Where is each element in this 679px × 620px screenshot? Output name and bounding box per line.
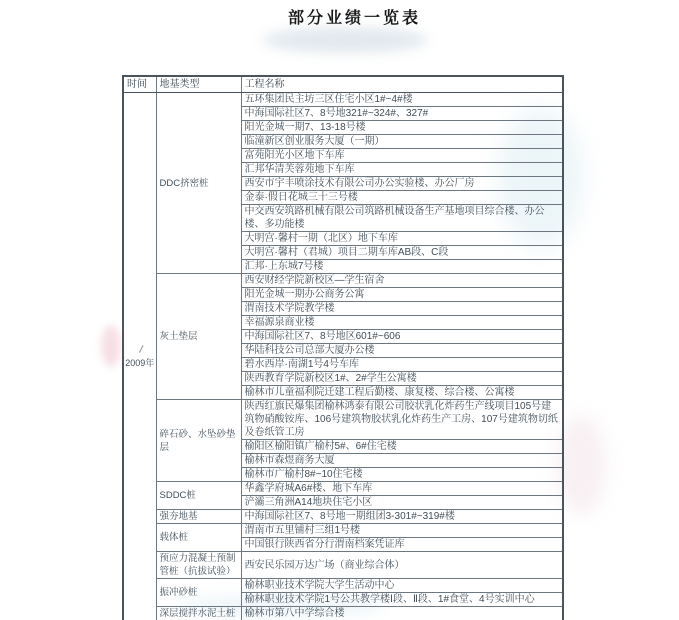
project-name-cell: 幸福源泉商业楼 — [241, 316, 563, 330]
project-name-cell: 陕西红旗民爆集团榆林鸿泰有限公司胶状乳化炸药生产线项目105号建筑物硝酸铵库、1… — [241, 400, 563, 440]
performance-table: 时间 地基类型 工程名称 2009年DDC挤密桩五环集团民主坊三区住宅小区1#~… — [122, 75, 564, 620]
project-name-cell: 华陆科技公司总部大厦办公楼 — [241, 344, 563, 358]
page-title: 部分业绩一览表 — [15, 5, 679, 28]
project-name-cell: 中海国际社区7、8号地区601#~606 — [241, 330, 563, 344]
project-name-cell: 中海国际社区7、8号地321#~324#、327# — [241, 107, 563, 121]
project-name-cell: 中海国际社区7、8号地一期组团3-301#~319#楼 — [241, 510, 563, 524]
project-name-cell: 中国银行陕西省分行渭南档案凭证库 — [241, 538, 563, 552]
project-name-cell: 金泰·假日花城三十三号楼 — [241, 191, 563, 205]
time-cell: 2009年 — [123, 93, 156, 620]
project-name-cell: 渭南技术学院教学楼 — [241, 302, 563, 316]
project-name-cell: 临潼新区创业服务大厦（一期） — [241, 135, 563, 149]
foundation-type-cell: SDDC桩 — [156, 482, 241, 510]
project-name-cell: 汇邦华清芙蓉苑地下车库 — [241, 163, 563, 177]
project-name-cell: 榆阳区榆阳镇广榆村5#、6#住宅楼 — [241, 440, 563, 454]
project-name-cell: 碧水西岸·南湖1号4号车库 — [241, 358, 563, 372]
table-row: 预应力混凝土预制管桩（抗拔试验）西安民乐园万达广场（商业综合体） — [123, 552, 563, 579]
foundation-type-cell: 预应力混凝土预制管桩（抗拔试验） — [156, 552, 241, 579]
header-row: 时间 地基类型 工程名称 — [123, 76, 563, 93]
table-row: 振冲砂桩榆林职业技术学院大学生活动中心 — [123, 579, 563, 593]
project-name-cell: 榆林市第八中学综合楼 — [241, 607, 563, 620]
project-name-cell: 中交西安筑路机械有限公司筑路机械设备生产基地项目综合楼、办公楼、多功能楼 — [241, 205, 563, 232]
table-row: 深层搅拌水泥土桩榆林市第八中学综合楼 — [123, 607, 563, 620]
header-project-name: 工程名称 — [241, 76, 563, 93]
foundation-type-cell: DDC挤密桩 — [156, 93, 241, 274]
project-name-cell: 大明宫·馨村（君城）项目二期车库AB段、C段 — [241, 246, 563, 260]
header-time: 时间 — [123, 76, 156, 93]
table-row: 碎石砂、水坠砂垫层陕西红旗民爆集团榆林鸿泰有限公司胶状乳化炸药生产线项目105号… — [123, 400, 563, 440]
project-name-cell: 西安财经学院新校区—学生宿舍 — [241, 274, 563, 288]
project-name-cell: 榆林市儿童福利院迁建工程后勤楼、康复楼、综合楼、公寓楼 — [241, 386, 563, 400]
scan-smudge — [101, 325, 121, 367]
project-name-cell: 西安民乐园万达广场（商业综合体） — [241, 552, 563, 579]
table-row: 载体桩渭南市五里铺村三组1号楼 — [123, 524, 563, 538]
header-foundation-type: 地基类型 — [156, 76, 241, 93]
project-name-cell: 榆林市广榆村8#~10住宅楼 — [241, 468, 563, 482]
project-name-cell: 华鑫学府城A6#楼、地下车库 — [241, 482, 563, 496]
foundation-type-cell: 强夯地基 — [156, 510, 241, 524]
project-name-cell: 陕西教育学院新校区1#、2#学生公寓楼 — [241, 372, 563, 386]
foundation-type-cell: 载体桩 — [156, 524, 241, 552]
table-row: 强夯地基中海国际社区7、8号地一期组团3-301#~319#楼 — [123, 510, 563, 524]
project-name-cell: 榆林市森煜商务大厦 — [241, 454, 563, 468]
pen-mark-icon — [136, 343, 144, 352]
project-name-cell: 榆林职业技术学院1号公共教学楼Ⅰ段、Ⅱ段、1#食堂、4号实训中心 — [241, 593, 563, 607]
project-name-cell: 五环集团民主坊三区住宅小区1#~4#楼 — [241, 93, 563, 107]
project-name-cell: 大明宫·馨村一期（北区）地下车库 — [241, 232, 563, 246]
foundation-type-cell: 碎石砂、水坠砂垫层 — [156, 400, 241, 482]
foundation-type-cell: 振冲砂桩 — [156, 579, 241, 607]
project-name-cell: 西安市宇丰喷涂技术有限公司办公实验楼、办公厂房 — [241, 177, 563, 191]
project-name-cell: 渭南市五里铺村三组1号楼 — [241, 524, 563, 538]
project-name-cell: 富苑阳光小区地下车库 — [241, 149, 563, 163]
foundation-type-cell: 灰土垫层 — [156, 274, 241, 400]
time-value: 2009年 — [125, 357, 155, 370]
project-name-cell: 汇邦·上东城7号楼 — [241, 260, 563, 274]
scan-smudge — [263, 27, 428, 53]
project-name-cell: 阳光金城一期办公商务公寓 — [241, 288, 563, 302]
foundation-type-cell: 深层搅拌水泥土桩 — [156, 607, 241, 620]
project-name-cell: 浐灞三角洲A14地块住宅小区 — [241, 496, 563, 510]
project-name-cell: 榆林职业技术学院大学生活动中心 — [241, 579, 563, 593]
table-row: 灰土垫层西安财经学院新校区—学生宿舍 — [123, 274, 563, 288]
table-row: 2009年DDC挤密桩五环集团民主坊三区住宅小区1#~4#楼 — [123, 93, 563, 107]
project-name-cell: 阳光金城一期7、13-18号楼 — [241, 121, 563, 135]
table-row: SDDC桩华鑫学府城A6#楼、地下车库 — [123, 482, 563, 496]
